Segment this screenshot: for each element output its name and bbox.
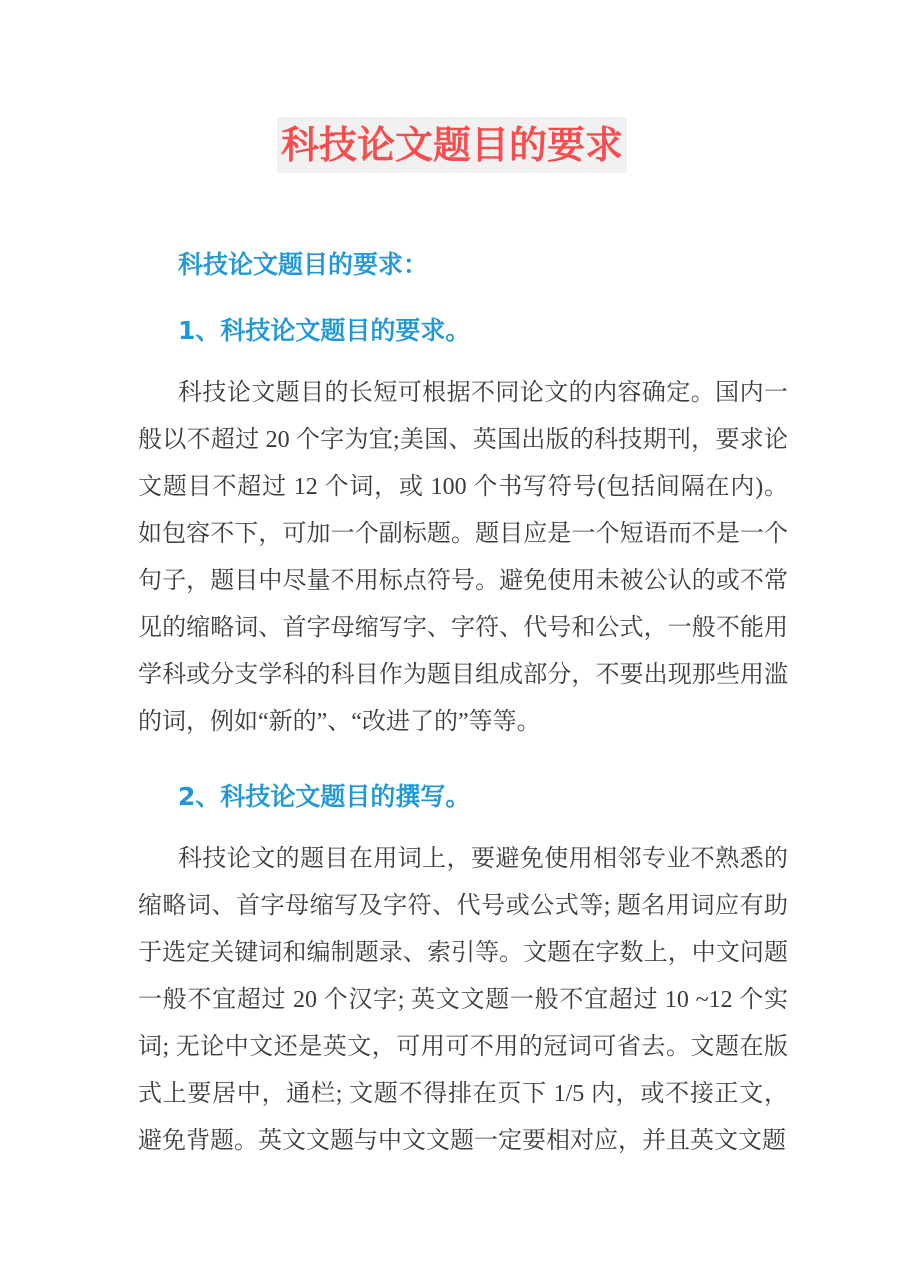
document-page: 科技论文题目的要求 科技论文题目的要求： 1、科技论文题目的要求。科技论文题目的… (0, 0, 904, 1280)
intro-heading: 科技论文题目的要求： (178, 250, 788, 280)
text-line: 词; 无论中文还是英文，可用可不用的冠词可省去。文题在版 (138, 1024, 788, 1071)
paragraph: 科技论文题目的长短可根据不同论文的内容确定。国内一般以不超过 20 个字为宜;美… (138, 370, 788, 746)
text-line: 如包容不下，可加一个副标题。题目应是一个短语而不是一个 (138, 511, 788, 558)
text-line: 见的缩略词、首字母缩写字、字符、代号和公式，一般不能用 (138, 605, 788, 652)
text-line: 缩略词、首字母缩写及字符、代号或公式等; 题名用词应有助 (138, 883, 788, 930)
text-line: 文题目不超过 12 个词，或 100 个书写符号(包括间隔在内)。 (138, 464, 788, 511)
text-line: 句子，题目中尽量不用标点符号。避免使用未被公认的或不常 (138, 558, 788, 605)
text-line: 科技论文的题目在用词上，要避免使用相邻专业不熟悉的 (138, 836, 788, 883)
text-line: 的词，例如“新的”、“改进了的”等等。 (138, 699, 788, 746)
text-line: 于选定关键词和编制题录、索引等。文题在字数上，中文问题 (138, 930, 788, 977)
text-line: 般以不超过 20 个字为宜;美国、英国出版的科技期刊，要求论 (138, 417, 788, 464)
section-heading: 2、科技论文题目的撰写。 (178, 782, 788, 812)
title-row: 科技论文题目的要求 (0, 0, 904, 173)
paragraph: 科技论文的题目在用词上，要避免使用相邻专业不熟悉的缩略词、首字母缩写及字符、代号… (138, 836, 788, 1165)
text-line: 一般不宜超过 20 个汉字; 英文文题一般不宜超过 10 ~12 个实 (138, 977, 788, 1024)
text-line: 学科或分支学科的科目作为题目组成部分，不要出现那些用滥 (138, 652, 788, 699)
document-body: 科技论文题目的要求： 1、科技论文题目的要求。科技论文题目的长短可根据不同论文的… (138, 250, 788, 1165)
text-line: 式上要居中，通栏; 文题不得排在页下 1/5 内，或不接正文， (138, 1071, 788, 1118)
text-line: 科技论文题目的长短可根据不同论文的内容确定。国内一 (138, 370, 788, 417)
sections-container: 1、科技论文题目的要求。科技论文题目的长短可根据不同论文的内容确定。国内一般以不… (138, 316, 788, 1165)
section-heading: 1、科技论文题目的要求。 (178, 316, 788, 346)
text-line: 避免背题。英文文题与中文文题一定要相对应，并且英文文题 (138, 1118, 788, 1165)
document-title: 科技论文题目的要求 (277, 117, 627, 173)
